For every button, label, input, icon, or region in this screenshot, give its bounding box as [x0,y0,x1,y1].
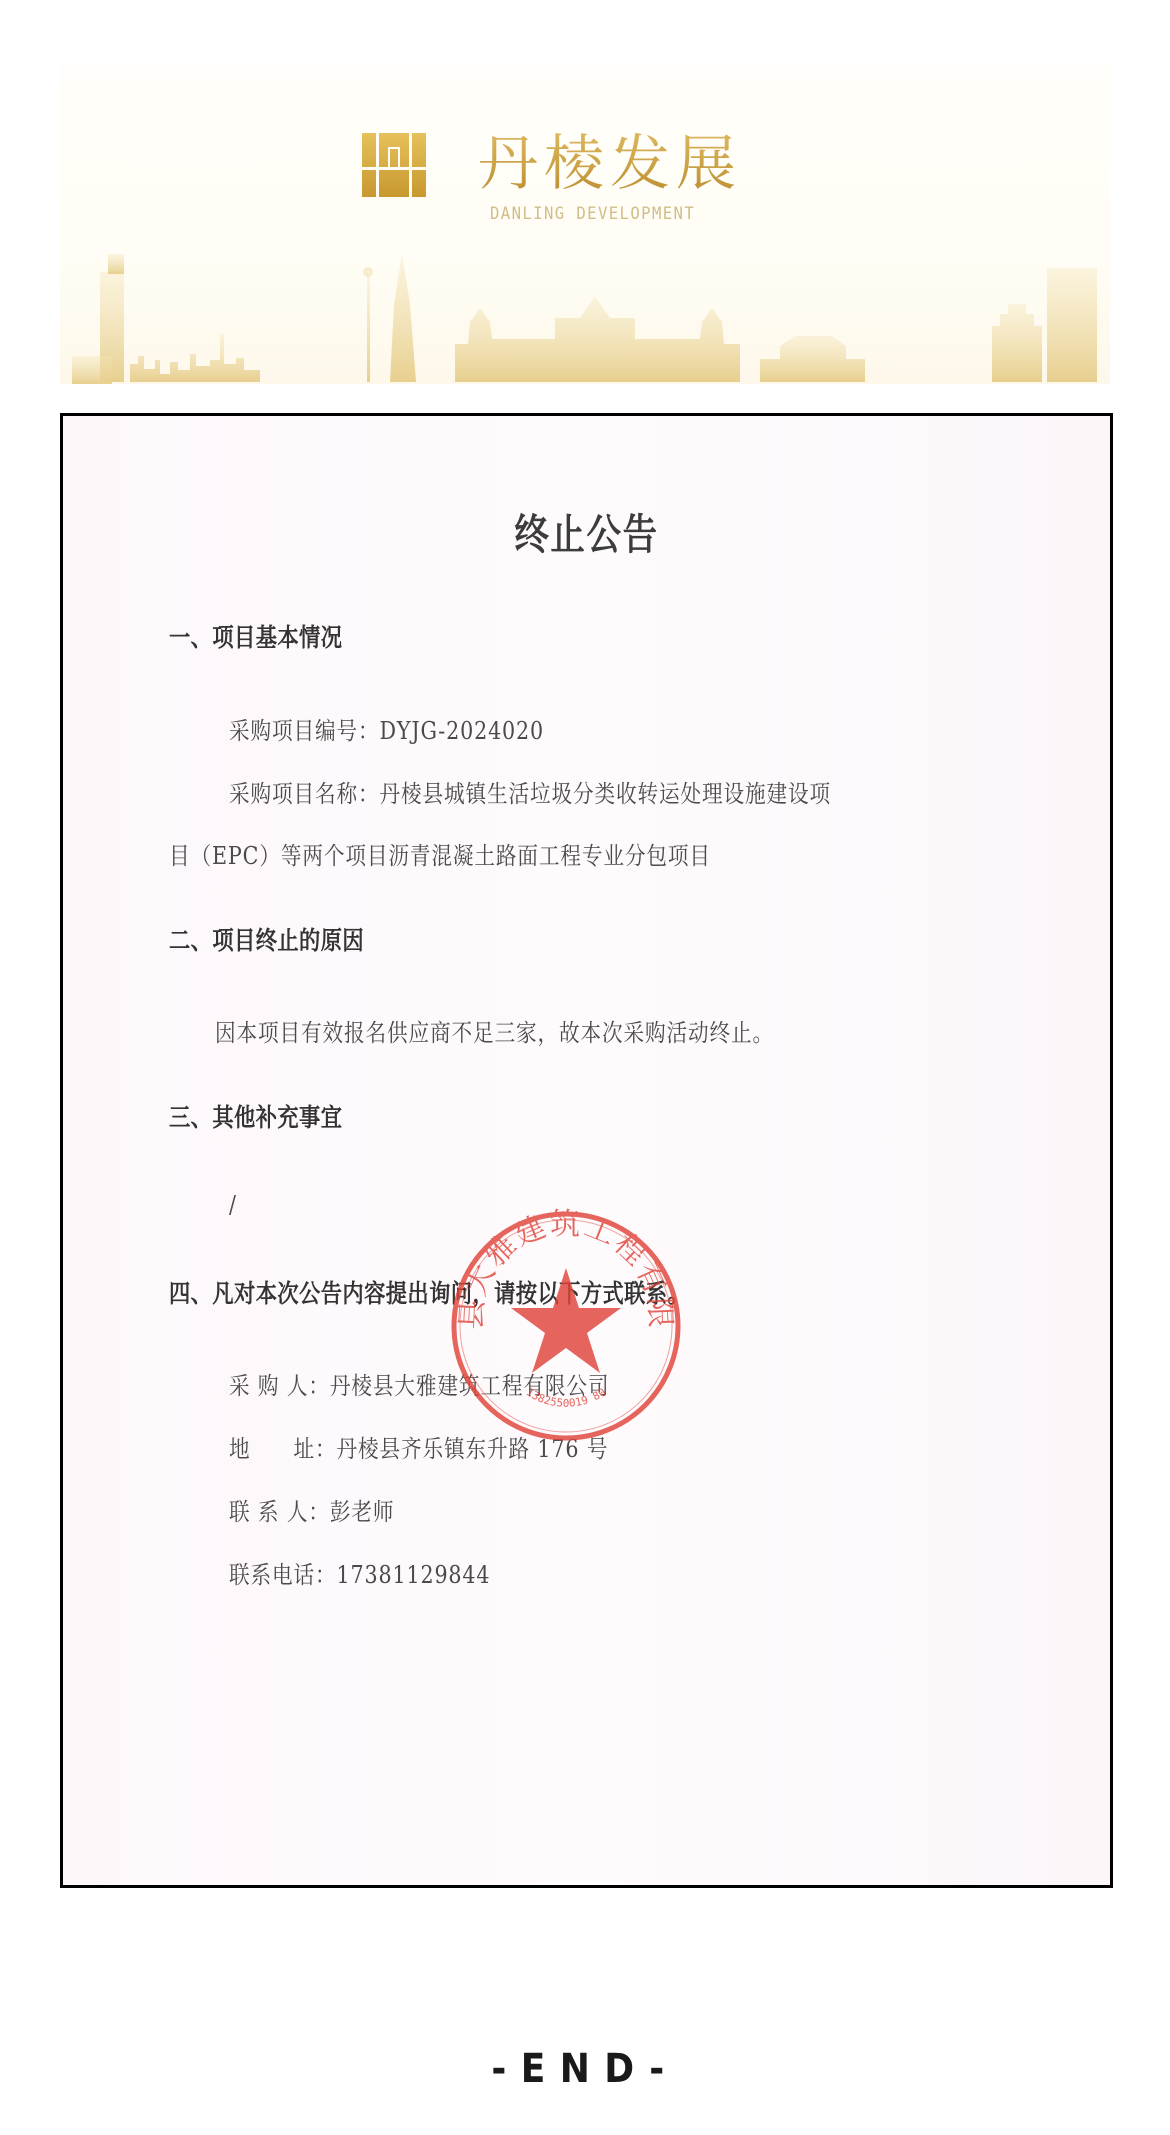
svg-text:丹棱县大雅建筑工程有限公司: 丹棱县大雅建筑工程有限公司 [446,1206,678,1330]
supplementary-matters: / [229,1191,237,1219]
project-number: 采购项目编号：DYJG-2024020 [229,711,544,746]
contact-label: 采 购 人： [229,1366,330,1401]
project-name-line-2: 目（EPC）等两个项目沥青混凝土路面工程专业分包项目 [169,836,711,871]
contact-address: 地 址：丹棱县齐乐镇东升路 176 号 [229,1429,608,1464]
company-seal-icon: 丹棱县大雅建筑工程有限公司 1382550019 80 [446,1206,686,1446]
contact-value: 丹棱县齐乐镇东升路 176 号 [337,1435,609,1463]
contact-label: 联 系 人： [229,1492,330,1527]
header-banner: 丹棱发展 DANLING DEVELOPMENT [60,64,1110,384]
contact-label: 联系电话： [229,1555,337,1590]
section-heading-4: 四、凡对本次公告内容提出询问，请按以下方式联系。 [169,1274,689,1310]
brand-name-en: DANLING DEVELOPMENT [490,204,695,224]
end-marker: -END- [59,2046,1112,2092]
contact-label: 地 址： [229,1429,337,1464]
section-heading-3: 三、其他补充事宜 [169,1098,342,1134]
notice-document: 终止公告 一、项目基本情况 采购项目编号：DYJG-2024020 采购项目名称… [60,413,1113,1888]
contact-value: 17381129844 [337,1561,491,1589]
city-skyline-illustration [60,64,1110,384]
contact-purchaser: 采 购 人：丹棱县大雅建筑工程有限公司 [229,1366,609,1401]
contact-person: 联 系 人：彭老师 [229,1492,394,1527]
brand-name-cn: 丹棱发展 [478,124,742,204]
contact-value: 彭老师 [330,1498,395,1526]
project-name-line-1: 采购项目名称：丹棱县城镇生活垃圾分类收转运处理设施建设项 [229,774,831,809]
termination-reason: 因本项目有效报名供应商不足三家，故本次采购活动终止。 [215,1013,774,1048]
contact-value: 丹棱县大雅建筑工程有限公司 [330,1372,610,1400]
notice-title: 终止公告 [157,502,1016,562]
section-heading-2: 二、项目终止的原因 [169,921,364,957]
section-heading-1: 一、项目基本情况 [169,618,342,654]
gold-square-logo-icon [362,133,426,197]
contact-phone: 联系电话：17381129844 [229,1555,490,1590]
